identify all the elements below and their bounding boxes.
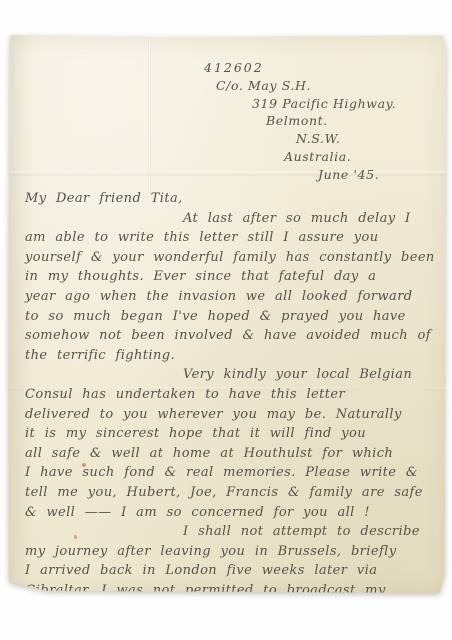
- address-line: 412602: [204, 59, 446, 77]
- letter-paper: 412602C/o. May S.H.319 Pacific Highway.B…: [8, 35, 446, 593]
- address-line: Australia.: [284, 148, 446, 166]
- body-line: year ago when the invasion we all looked…: [25, 287, 438, 307]
- body-line: Consul has undertaken to have this lette…: [25, 385, 438, 405]
- letter-body: My Dear friend Tita, At last after so mu…: [25, 189, 438, 600]
- body-line: my journey after leaving you in Brussels…: [25, 542, 438, 562]
- letter-scan: 412602C/o. May S.H.319 Pacific Highway.B…: [0, 0, 452, 640]
- address-line: N.S.W.: [296, 130, 446, 148]
- body-line: to so much began I've hoped & prayed you…: [25, 307, 438, 327]
- address-line: C/o. May S.H.: [216, 77, 446, 95]
- address-line: 319 Pacific Highway.: [252, 95, 446, 113]
- address-line: June '45.: [318, 166, 446, 184]
- body-line: am able to write this letter still I ass…: [25, 228, 438, 248]
- body-line: I have such fond & real memories. Please…: [25, 463, 438, 483]
- body-line: I arrived back in London five weeks late…: [25, 561, 438, 581]
- body-line: delivered to you wherever you may be. Na…: [25, 405, 438, 425]
- body-line: Very kindly your local Belgian: [25, 365, 438, 385]
- body-line: the terrific fighting.: [25, 346, 438, 366]
- salutation: My Dear friend Tita,: [25, 189, 438, 209]
- body-line: all safe & well at home at Houthulst for…: [25, 444, 438, 464]
- address-line: Belmont.: [266, 112, 446, 130]
- body-line: it is my sincerest hope that it will fin…: [25, 424, 438, 444]
- body-line: At last after so much delay I: [25, 209, 438, 229]
- paper-shadow: 412602C/o. May S.H.319 Pacific Highway.B…: [8, 35, 446, 593]
- body-lines-container: At last after so much delay Iam able to …: [25, 209, 438, 601]
- sender-address-block: 412602C/o. May S.H.319 Pacific Highway.B…: [8, 59, 446, 184]
- body-line: & well —— I am so concerned for you all …: [25, 503, 438, 523]
- body-line: in my thoughts. Ever since that fateful …: [25, 267, 438, 287]
- body-line: Gibraltar. I was not permitted to broadc…: [25, 581, 438, 601]
- body-line: yourself & your wonderful family has con…: [25, 248, 438, 268]
- body-line: I shall not attempt to describe: [25, 522, 438, 542]
- body-line: somehow not been involved & have avoided…: [25, 326, 438, 346]
- body-line: tell me you, Hubert, Joe, Francis & fami…: [25, 483, 438, 503]
